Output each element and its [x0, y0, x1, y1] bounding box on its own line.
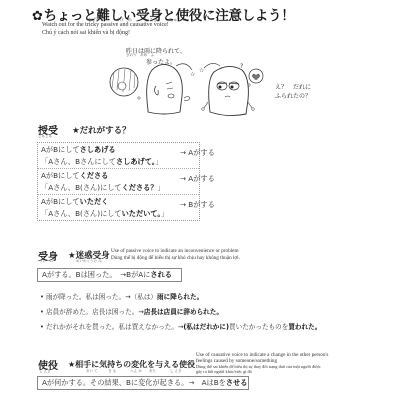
section-shieki-ruby: し えき [39, 369, 51, 374]
jujuu-box: AがBにしてさしあげる 「Aさん、Bさんにしてさしあげて。」 AがBにしてくださ… [37, 142, 200, 221]
ukemi-example-2: • 店員が辞めた。店長は困った。→店長は店員に辞められた。 [40, 306, 223, 316]
jujuu-row-line2: 「Aさん、Bさんにしてさしあげて。」 [38, 157, 163, 167]
section-shieki-star-ruby: あい て き も へん か あた し えき [86, 369, 181, 374]
section-shieki-note-vi-2: gây ra bởi người khác/việc gì đó [196, 369, 252, 376]
right-character-icon: ☆ ? [199, 63, 263, 116]
broken-heart-icon [252, 74, 260, 80]
ukemi-example-1: • 雨が降った。私は困った。→（私は）雨に降られた。 [40, 291, 203, 301]
flower-icon: ✿ [32, 9, 43, 24]
jujuu-row: AがBにしてくださる 「Aさん、B(さん)にしてくださる？」 [38, 169, 199, 195]
left-character-icon: ☆ [147, 64, 196, 114]
section-ukemi-note-en: Use of passive voice to indicate an inco… [111, 248, 238, 255]
jujuu-result-1: → Aがする [180, 148, 215, 158]
speech-right-line1: え？ だれに [275, 82, 311, 91]
ukemi-example-3: • だれかがそれを買った。私は買えなかった。→(私はだれかに)買いたかったものを… [40, 321, 321, 331]
subtitle-english: Watch out for the tricky passive and cau… [42, 22, 169, 28]
question-mark-icon: ? [240, 63, 243, 70]
jujuu-row-line2: 「Aさん、B(さん)にしていただいて。」 [38, 209, 168, 219]
section-ukemi-ruby: うけ み [39, 259, 53, 264]
speech-right-line2: ふられたの？ [275, 91, 311, 100]
section-ukemi-note-vi: Dùng thể bị động để biểu thị sự khó chịu… [111, 255, 240, 262]
jujuu-row: AがBにしてさしあげる 「Aさん、Bさんにしてさしあげて。」 [38, 143, 199, 169]
subtitle-vietnamese: Chú ý cách nói sai khiến và bị động! [42, 30, 130, 36]
characters-drawing: ☆ ☆ ? [100, 40, 310, 120]
section-jujuu-star-label: ★だれがする？ [72, 124, 131, 136]
ukemi-formula-box: Aがする。Bは困った。 →BがAにされる [37, 268, 182, 282]
jujuu-row-line1: AがBにしてさしあげる [38, 145, 116, 155]
jujuu-result-2: → Aがする [180, 174, 215, 184]
jujuu-result-3: → Bがする [180, 200, 215, 210]
section-jujuu-ruby: じゅじゅ [38, 134, 52, 139]
jujuu-row-line1: AがBにしてくださる [38, 171, 108, 181]
rain-thought-bubble-icon [110, 68, 140, 99]
star-icon-2: ☆ [199, 67, 204, 74]
star-icon: ☆ [190, 71, 195, 78]
jujuu-row-line2: 「Aさん、B(さん)にしてくださる？」 [38, 183, 165, 193]
jujuu-row: AがBにしていただく 「Aさん、B(さん)にしていただいて。」 [38, 195, 199, 221]
jujuu-row-line1: AがBにしていただく [38, 197, 108, 207]
shieki-formula-box: Aが何かする。その結果、Bに変化が起きる。→ AはBをさせる [37, 376, 249, 390]
section-ukemi-star-ruby: めいわくうけ み [76, 259, 102, 264]
illustration: 昨日は雨に降られて、 きのう あめ ふ 参ったよ。 ☆ [100, 40, 310, 120]
